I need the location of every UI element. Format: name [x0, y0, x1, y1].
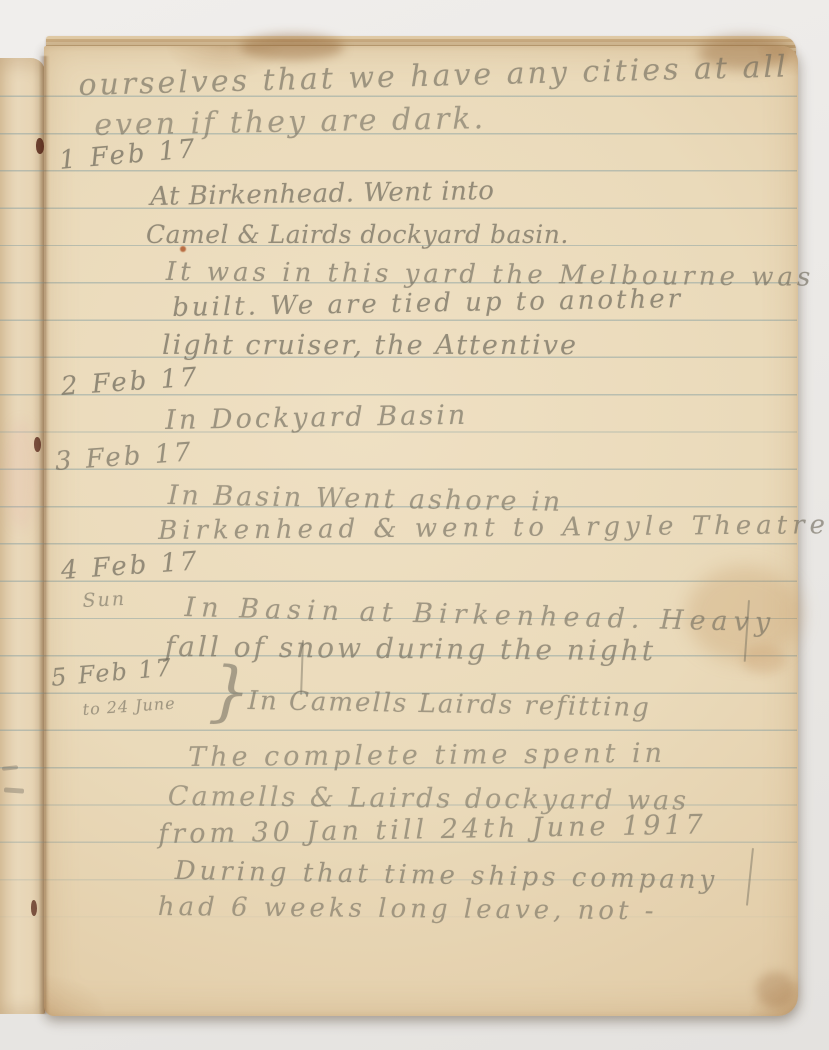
diary-page — [44, 46, 798, 1016]
binding-gutter — [39, 56, 50, 1014]
paper-discoloration — [4, 420, 38, 530]
scanned-diary-photo: ourselves that we have any cities at all… — [0, 0, 829, 1050]
